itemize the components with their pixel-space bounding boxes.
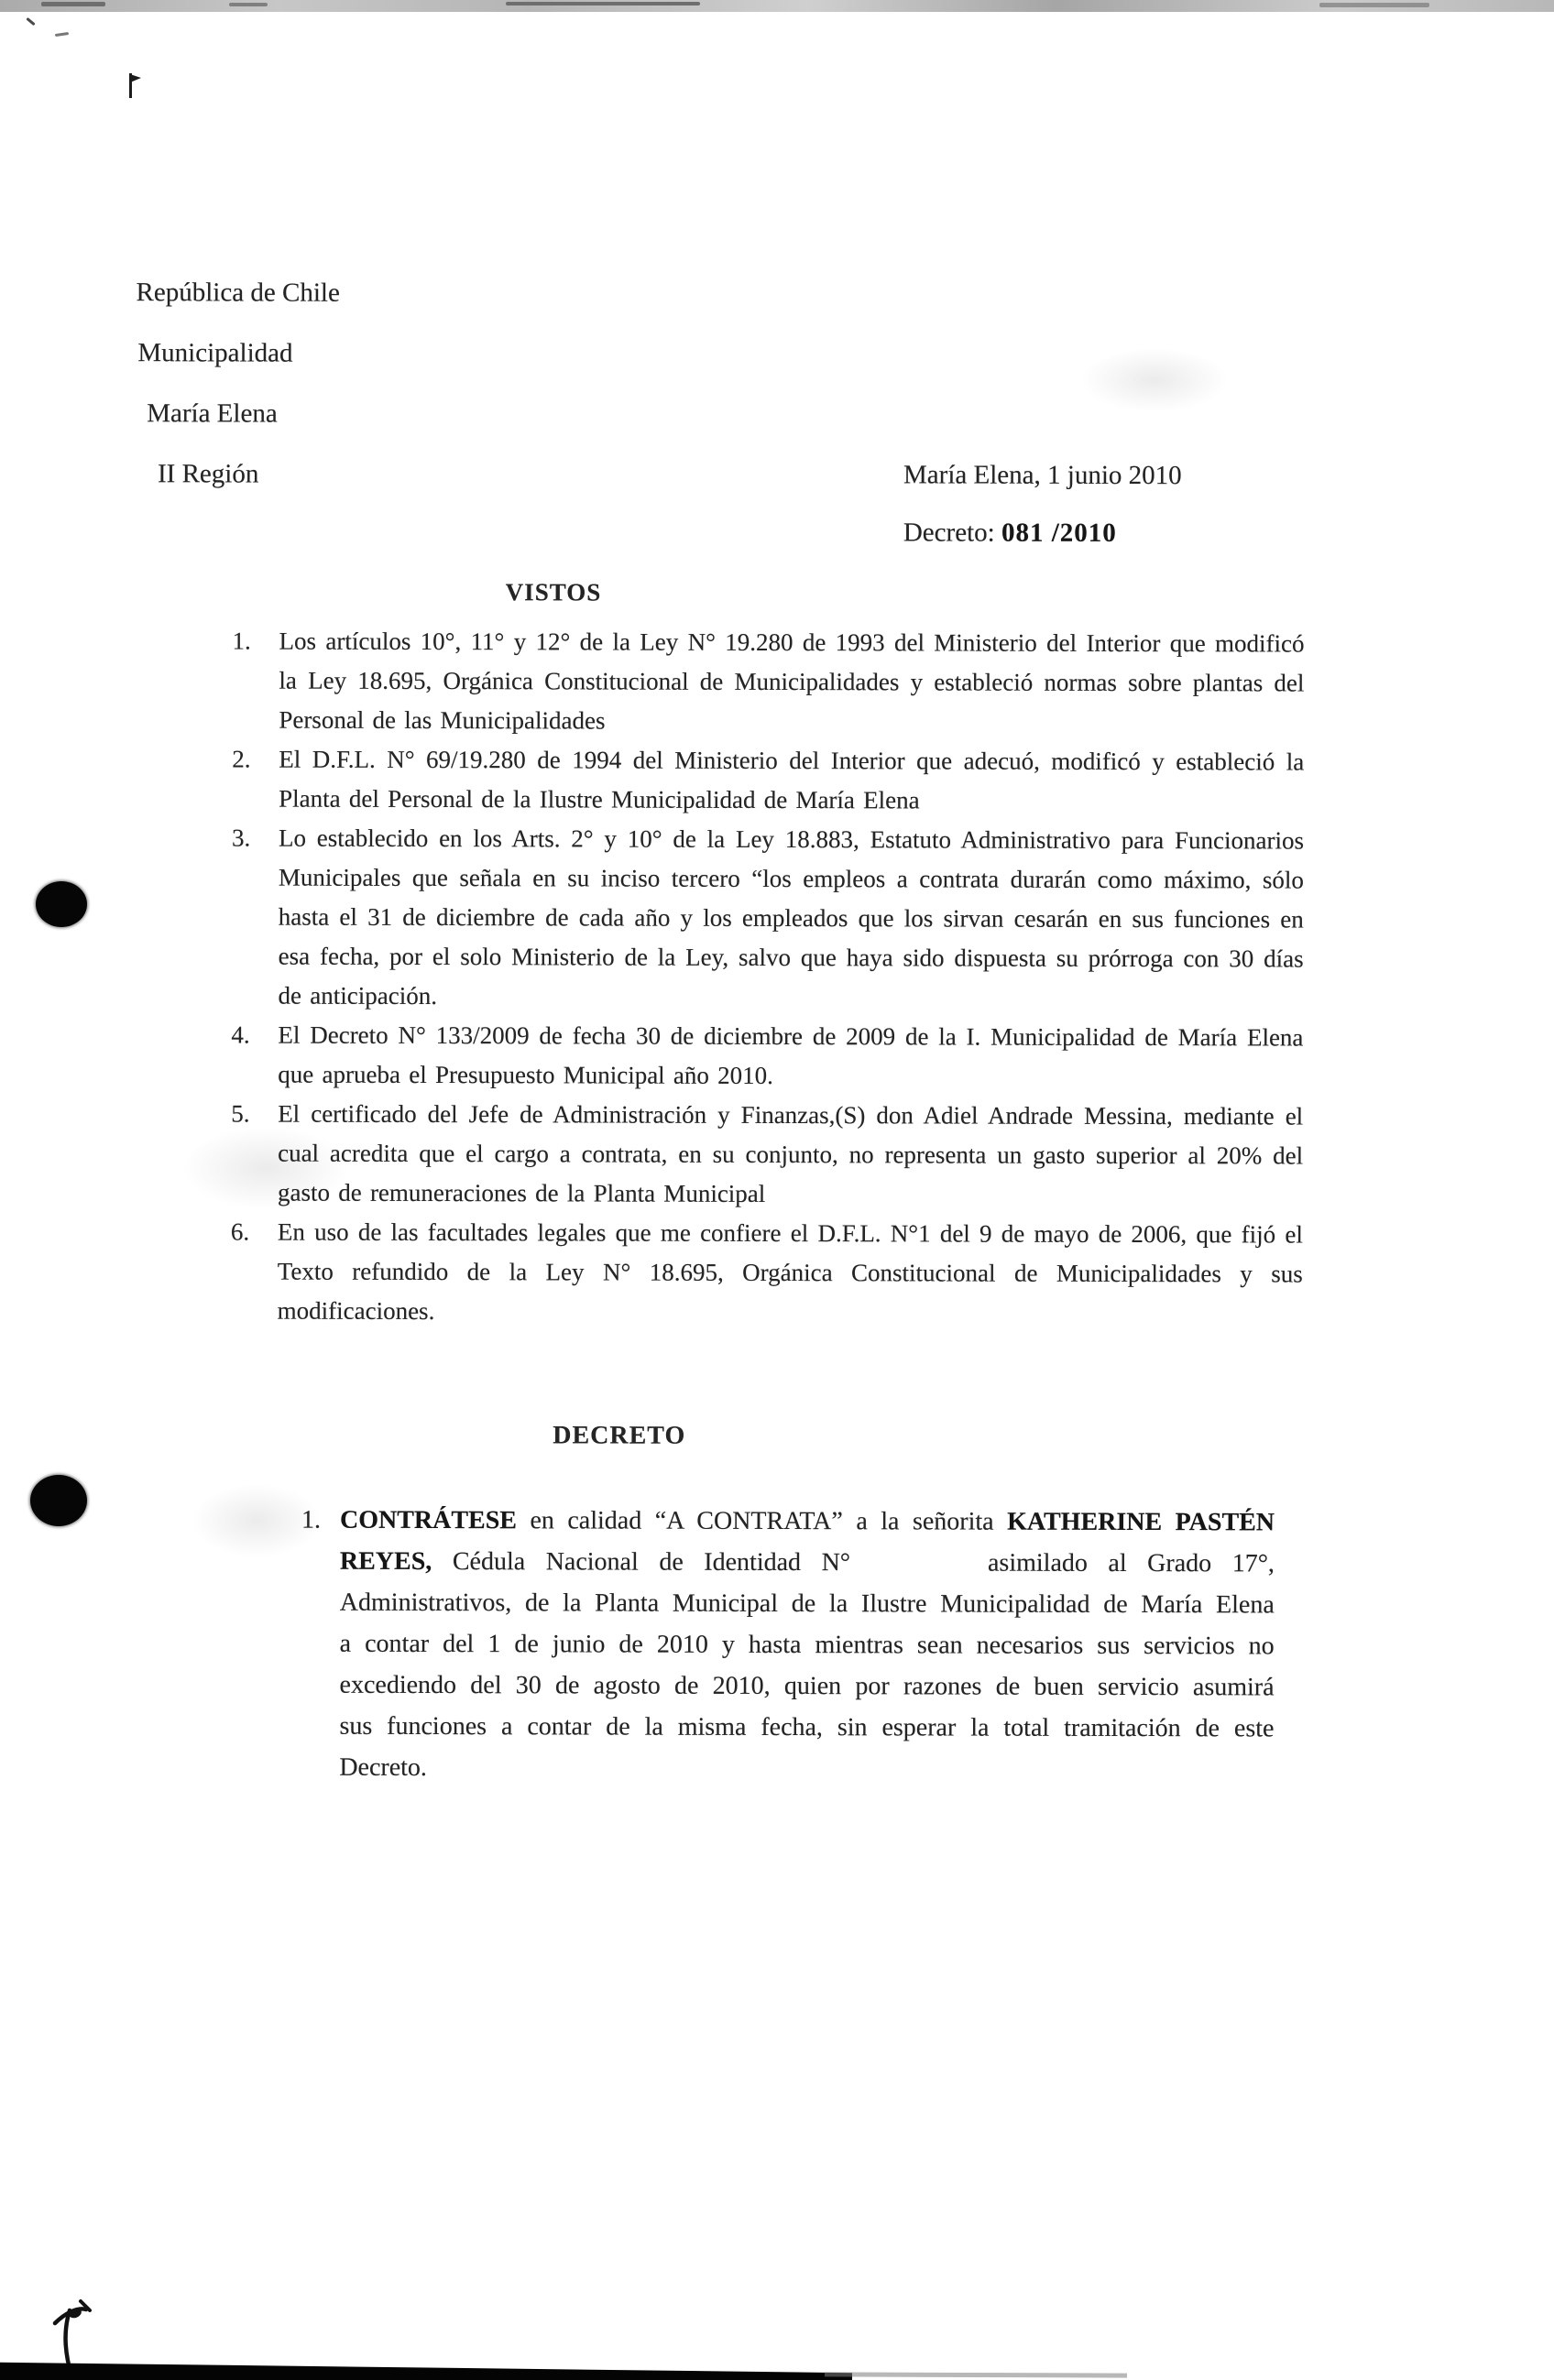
letterhead-entity: Municipalidad [136, 322, 339, 384]
vistos-item-number: 3. [232, 818, 279, 857]
letterhead: República de Chile Municipalidad María E… [136, 262, 340, 505]
decreto-item-number: 1. [301, 1500, 340, 1541]
vistos-item-text: Lo establecido en los Arts. 2° y 10° de … [278, 819, 1304, 1019]
vistos-item: 1.Los artículos 10°, 11° y 12° de la Ley… [232, 621, 1304, 742]
decree-label: Decreto: [903, 518, 1001, 547]
vistos-heading: VISTOS [506, 578, 602, 606]
vistos-item-number: 6. [231, 1212, 278, 1251]
vistos-item-text: En uso de las facultades legales que me … [278, 1213, 1303, 1334]
decreto-item: 1. CONTRÁTESE en calidad “A CONTRATA” a … [301, 1500, 1275, 1791]
vistos-item-number: 1. [233, 621, 279, 661]
vistos-item-number: 5. [231, 1094, 278, 1133]
decreto-text-run: Cédula Nacional de Identidad N° [432, 1547, 850, 1577]
document-content: República de Chile Municipalidad María E… [0, 0, 1554, 2380]
decree-number-line: Decreto: 081 /2010 [903, 518, 1117, 549]
vistos-item-text: El D.F.L. N° 69/19.280 de 1994 del Minis… [279, 740, 1304, 822]
vistos-list: 1.Los artículos 10°, 11° y 12° de la Ley… [231, 621, 1305, 1333]
vistos-item-text: El Decreto N° 133/2009 de fecha 30 de di… [278, 1016, 1303, 1097]
vistos-item: 2.El D.F.L. N° 69/19.280 de 1994 del Min… [232, 739, 1304, 821]
vistos-item-number: 2. [232, 739, 279, 779]
decreto-text: CONTRÁTESE en calidad “A CONTRATA” a la … [339, 1500, 1275, 1791]
vistos-item-number: 4. [231, 1015, 278, 1054]
letterhead-country: República de Chile [136, 262, 339, 323]
dateline: María Elena, 1 junio 2010 [903, 460, 1182, 491]
vistos-item-text: Los artículos 10°, 11° y 12° de la Ley N… [279, 622, 1304, 743]
letterhead-region: II Región [136, 443, 339, 505]
vistos-item: 3.Lo establecido en los Arts. 2° y 10° d… [231, 818, 1304, 1018]
decree-number: 081 /2010 [1001, 519, 1117, 548]
punch-hole [36, 881, 87, 927]
letterhead-commune: María Elena [136, 383, 339, 444]
vistos-item-text: El certificado del Jefe de Administració… [278, 1095, 1303, 1216]
scanned-decree-page: República de Chile Municipalidad María E… [0, 0, 1554, 2380]
decreto-heading: DECRETO [553, 1421, 685, 1450]
decreto-text-bold-run: CONTRÁTESE [340, 1506, 517, 1535]
vistos-item: 4.El Decreto N° 133/2009 de fecha 30 de … [231, 1015, 1303, 1097]
decreto-text-run: asimilado al Grado 17°, Administrativos,… [339, 1549, 1275, 1782]
punch-hole [30, 1475, 87, 1526]
vistos-item: 5.El certificado del Jefe de Administrac… [231, 1094, 1303, 1215]
decreto-text-run: en calidad “A CONTRATA” a la señorita [517, 1506, 1007, 1535]
vistos-item: 6.En uso de las facultades legales que m… [231, 1212, 1303, 1333]
